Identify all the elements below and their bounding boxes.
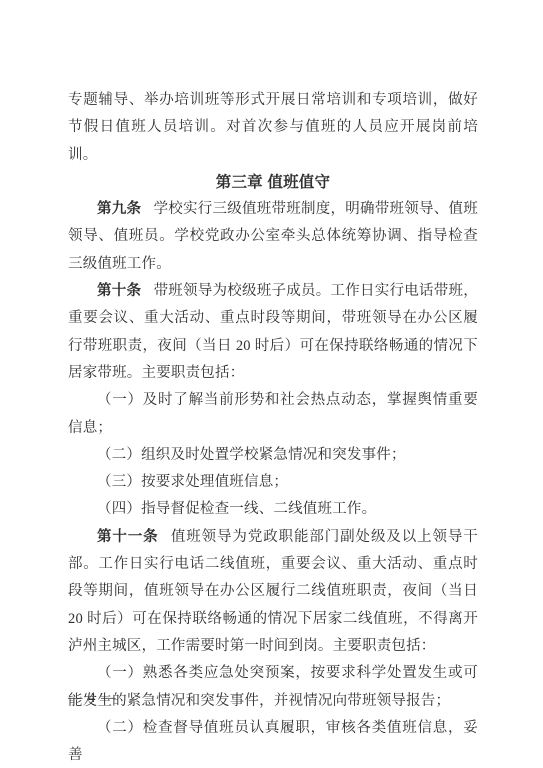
article-10-paragraph: 第十条带班领导为校级班子成员。工作日实行电话带班，重要会议、重大活动、重点时段等… — [68, 278, 478, 387]
article-9-paragraph: 第九条学校实行三级值班带班制度，明确带班领导、值班领导、值班员。学校党政办公室牵… — [68, 196, 478, 278]
article-11-list-item-2: （二）检查督导值班员认真履职，审核各类值班信息，妥善 — [68, 715, 478, 768]
article-10-list-item-3: （三）按要求处理值班信息； — [68, 469, 478, 496]
document-body: 专题辅导、举办培训班等形式开展日常培训和专项培训，做好节假日值班人员培训。对首次… — [68, 87, 478, 768]
article-10-list-item-1: （一）及时了解当前形势和社会热点动态，掌握舆情重要信息； — [68, 387, 478, 442]
article-10-list-item-4: （四）指导督促检查一线、二线值班工作。 — [68, 496, 478, 523]
article-9-number-label: 第九条 — [97, 201, 141, 217]
article-11-paragraph: 第十一条值班领导为党政职能部门副处级及以上领导干部。工作日实行电话二线值班，重要… — [68, 524, 478, 660]
paragraph-continuation: 专题辅导、举办培训班等形式开展日常培训和专项培训，做好节假日值班人员培训。对首次… — [68, 87, 478, 169]
chapter-heading: 第三章 值班值守 — [68, 169, 478, 196]
article-10-list-item-2: （二）组织及时处置学校紧急情况和突发事件； — [68, 442, 478, 469]
article-11-number-label: 第十一条 — [97, 529, 159, 545]
page-number: — 4 — — [68, 688, 117, 708]
article-11-list-item-1: （一）熟悉各类应急处突预案，按要求科学处置发生或可能发生的紧急情况和突发事件，并… — [68, 660, 478, 715]
document-page: 专题辅导、举办培训班等形式开展日常培训和专项培训，做好节假日值班人员培训。对首次… — [0, 0, 543, 768]
article-11-text: 值班领导为党政职能部门副处级及以上领导干部。工作日实行电话二线值班，重要会议、重… — [68, 529, 478, 654]
article-10-number-label: 第十条 — [97, 283, 141, 299]
